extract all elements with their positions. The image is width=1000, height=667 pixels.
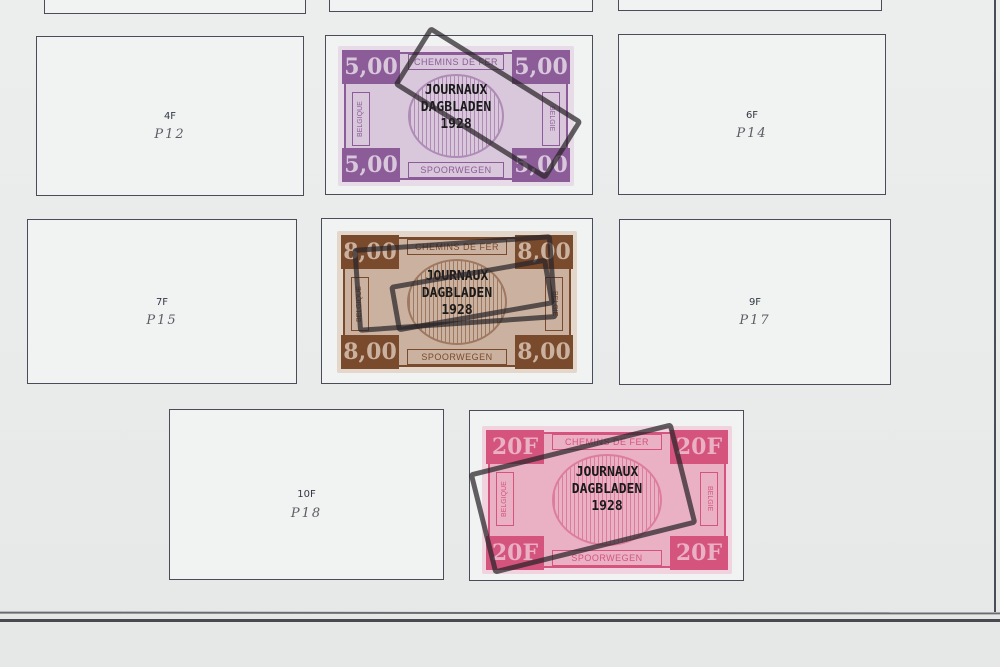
album-slot-9f: 9F P17 bbox=[619, 219, 891, 385]
stamp-value-corner: 8,00 bbox=[515, 335, 573, 369]
stamp-8-00-brown[interactable]: 8,008,008,008,00CHEMINS DE FERSPOORWEGEN… bbox=[337, 231, 577, 373]
stamp-5-00-lilac[interactable]: 5,005,005,005,00CHEMINS DE FERSPOORWEGEN… bbox=[338, 46, 574, 186]
page-border-bottom-thick bbox=[0, 619, 1000, 622]
slot-denomination: 9F bbox=[620, 297, 890, 308]
album-slot-4f: 4F P12 bbox=[36, 36, 304, 196]
page-border-bottom-thin bbox=[0, 612, 1000, 614]
stamp-bottom-banner: SPOORWEGEN bbox=[408, 162, 504, 178]
slot-handwritten-note: P17 bbox=[620, 313, 890, 328]
stamp-value-corner: 5,00 bbox=[342, 50, 400, 84]
album-slot-6f: 6F P14 bbox=[618, 34, 886, 195]
stamp-20f-rose[interactable]: 20F20F20F20FCHEMINS DE FERSPOORWEGENBELG… bbox=[482, 426, 732, 574]
album-slot-10f: 10F P18 bbox=[169, 409, 444, 580]
album-slot-20f: 20F20F20F20FCHEMINS DE FERSPOORWEGENBELG… bbox=[469, 410, 744, 581]
album-slot-partial bbox=[618, 0, 882, 11]
album-slot-7f: 7F P15 bbox=[27, 219, 297, 384]
stamp-bottom-banner: SPOORWEGEN bbox=[407, 349, 507, 365]
album-slot-5f: 5,005,005,005,00CHEMINS DE FERSPOORWEGEN… bbox=[325, 35, 593, 195]
album-slot-partial bbox=[44, 0, 306, 14]
slot-denomination: 4F bbox=[37, 111, 303, 122]
stamp-value-corner: 5,00 bbox=[512, 50, 570, 84]
slot-denomination: 6F bbox=[619, 110, 885, 121]
slot-handwritten-note: P12 bbox=[37, 127, 303, 142]
page-border-right bbox=[994, 0, 996, 612]
album-slot-partial bbox=[329, 0, 593, 12]
slot-handwritten-note: P15 bbox=[28, 313, 296, 328]
slot-handwritten-note: P14 bbox=[619, 126, 885, 141]
album-slot-8f: 8,008,008,008,00CHEMINS DE FERSPOORWEGEN… bbox=[321, 218, 593, 384]
slot-handwritten-note: P18 bbox=[170, 506, 443, 521]
album-page: 4F P12 5,005,005,005,00CHEMINS DE FERSPO… bbox=[0, 0, 1000, 667]
stamp-value-corner: 20F bbox=[670, 536, 728, 570]
slot-denomination: 7F bbox=[28, 297, 296, 308]
stamp-value-corner: 8,00 bbox=[341, 335, 399, 369]
stamp-value-corner: 5,00 bbox=[342, 148, 400, 182]
slot-denomination: 10F bbox=[170, 489, 443, 500]
